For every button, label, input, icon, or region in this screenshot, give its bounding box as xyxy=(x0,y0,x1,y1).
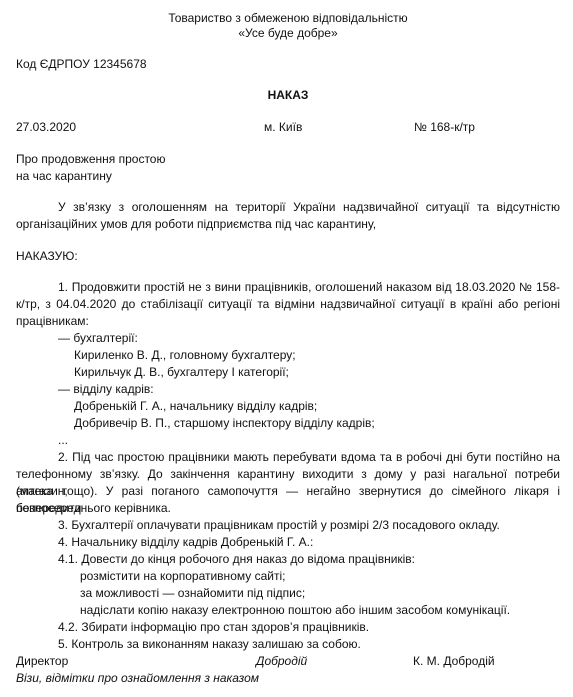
order-city: м. Київ xyxy=(264,119,302,136)
subject-line2: на час карантину xyxy=(16,168,560,185)
item3: 3. Бухгалтерії оплачувати працівникам пр… xyxy=(58,517,560,534)
item4-1: 4.1. Довести до кінця робочого дня наказ… xyxy=(58,551,560,568)
item1-line1: 1. Продовжити простій не з вини працівни… xyxy=(58,279,560,296)
visas-note: Візи, відмітки про ознайомлення з наказо… xyxy=(16,670,560,687)
employee-dobryvechir: Добривечір В. П., старшому інспектору ві… xyxy=(74,415,560,432)
order-date: 27.03.2020 xyxy=(16,119,76,136)
item1-line3: працівникам: xyxy=(16,313,560,330)
employee-kyrylchuk: Кирильчук Д. В., бухгалтеру І категорії; xyxy=(74,364,560,381)
preamble-line1: У зв’язку з оголошенням на території Укр… xyxy=(58,199,560,216)
dept-accounting: — бухгалтерії: xyxy=(58,330,560,347)
meta-row: 27.03.2020 м. Київ № 168-к/тр xyxy=(16,119,560,136)
item4-2: 4.2. Збирати інформацію про стан здоров’… xyxy=(58,619,560,636)
signatory-name: К. М. Добродій xyxy=(413,653,495,670)
edrpou-code: Код ЄДРПОУ 12345678 xyxy=(16,56,560,73)
preamble-line2: організаційних умов для роботи підприємс… xyxy=(16,216,560,233)
item4-1-a: розмістити на корпоративному сайті; xyxy=(80,568,560,585)
document-title: НАКАЗ xyxy=(16,87,560,104)
item1-ellipsis: ... xyxy=(58,432,560,449)
item4: 4. Начальнику відділу кадрів Добренькій … xyxy=(58,534,560,551)
order-word: НАКАЗУЮ: xyxy=(16,248,560,265)
item4-1-b: за можливості — ознайомити під підпис; xyxy=(80,585,560,602)
employee-kyrylenko: Кириленко В. Д., головному бухгалтеру; xyxy=(74,347,560,364)
subject-line1: Про продовження простою xyxy=(16,151,560,168)
item5: 5. Контроль за виконанням наказу залишаю… xyxy=(58,636,560,653)
item2-line2: телефонному зв’язку. До закінчення каран… xyxy=(16,466,560,483)
org-name-line2: «Усе буде добре» xyxy=(16,25,560,42)
order-document: Товариство з обмеженою відповідальністю … xyxy=(0,0,573,697)
dept-hr: — відділу кадрів: xyxy=(58,381,560,398)
signatory-signature: Добродій xyxy=(256,653,307,670)
item1-line2: к/тр, з 04.04.2020 до стабілізації ситуа… xyxy=(16,296,560,313)
signatory-position: Директор xyxy=(16,653,68,670)
item2-line1: 2. Під час простою працівники мають пере… xyxy=(58,449,560,466)
order-number: № 168-к/тр xyxy=(414,119,475,136)
item2-line3: аптека тощо). У разі поганого самопочутт… xyxy=(16,483,560,500)
item4-1-c: надіслати копію наказу електронною пошто… xyxy=(80,602,560,619)
item2-line4: безпосереднього керівника. xyxy=(16,500,560,517)
signature-row: Директор Добродій К. М. Добродій xyxy=(16,653,560,670)
employee-dobrenka: Добренькій Г. А., начальнику відділу кад… xyxy=(74,398,560,415)
